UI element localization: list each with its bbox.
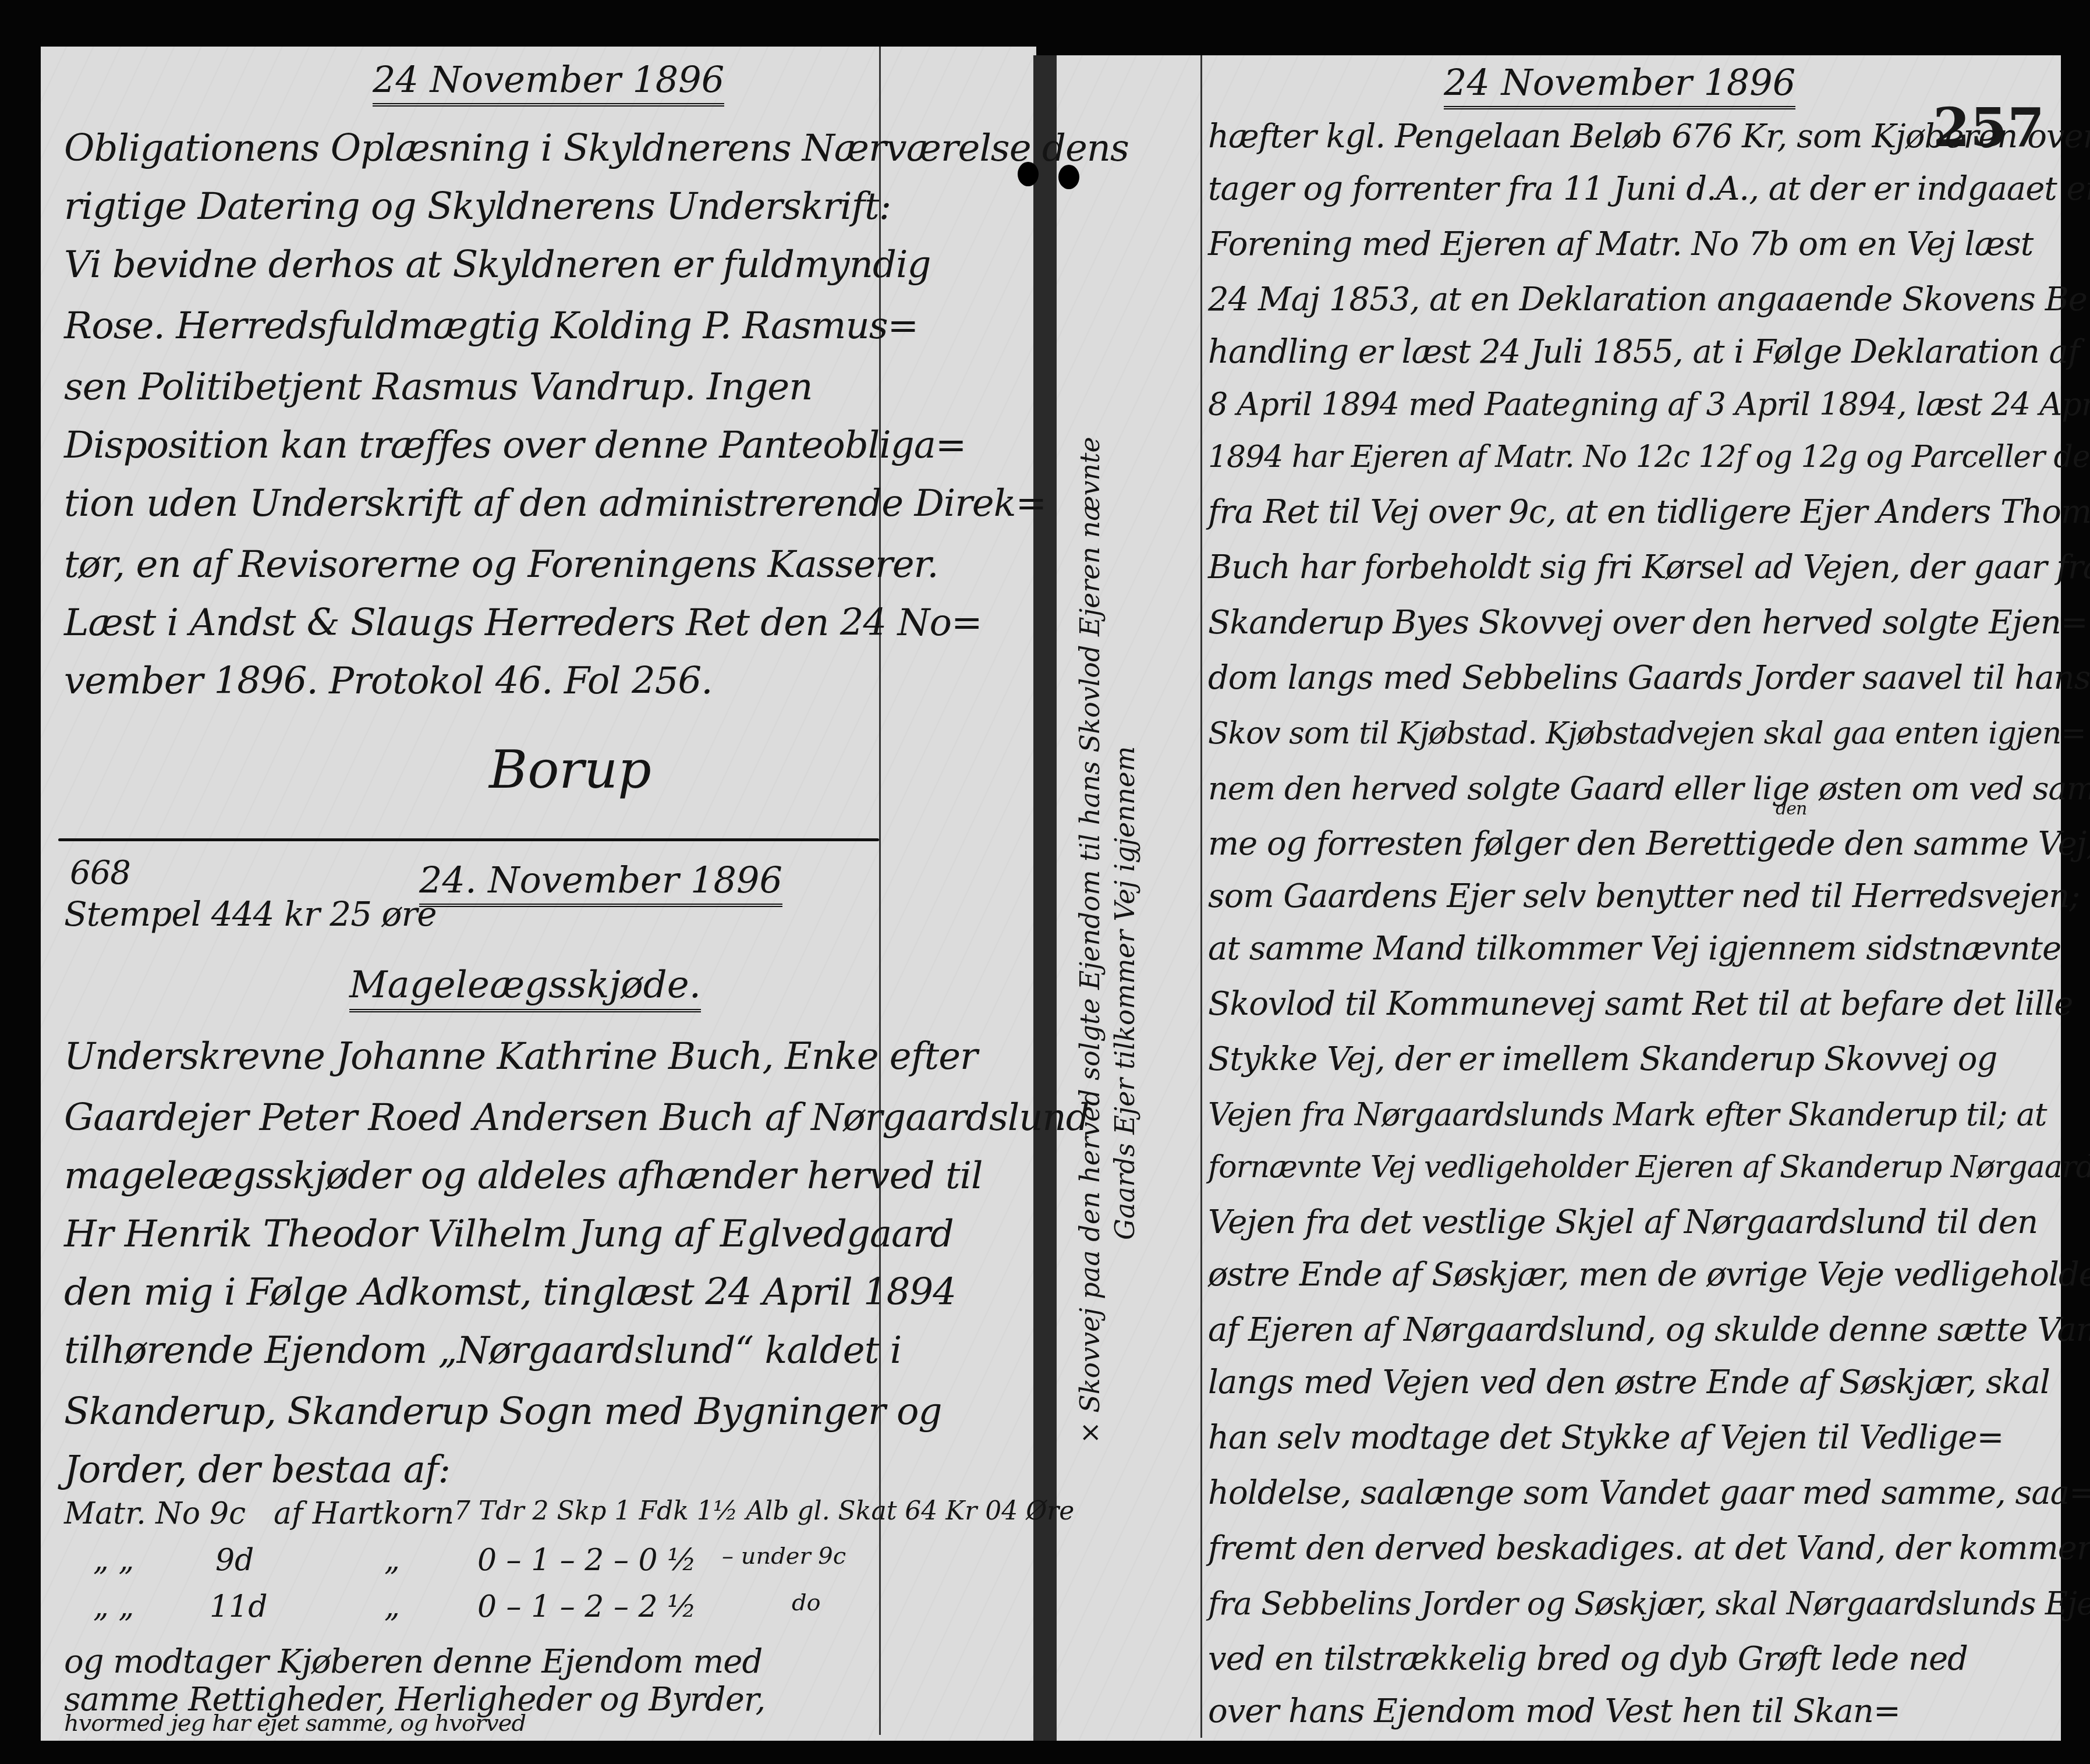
text-line: Skanderup, Skanderup Sogn med Bygninger … (64, 1388, 941, 1435)
text-line: fornævnte Vej vedligeholder Ejeren af Sk… (1208, 1144, 2090, 1191)
text-line: holdelse, saalænge som Vandet gaar med s… (1208, 1470, 2090, 1517)
margin-annotation-line: × Skovvej paa den herved solgte Ejendom … (1074, 437, 1106, 1444)
text-line: han selv modtage det Stykke af Vejen til… (1208, 1415, 2003, 1461)
text-line: Hr Henrik Theodor Vilhelm Jung af Eglved… (64, 1211, 954, 1258)
matr-number: 11d (210, 1589, 267, 1624)
text-line: østre Ende af Søskjær, men de øvrige Vej… (1208, 1252, 2090, 1298)
hartkorn-values: 0 – 1 – 2 – 0 ½ (477, 1543, 696, 1578)
text-line: Rose. Herredsfuldmægtig Kolding P. Rasmu… (64, 303, 918, 349)
text-line: tion uden Underskrift af den administrer… (64, 480, 1046, 527)
text-line: fra Sebbelins Jorder og Søskjær, skal Nø… (1208, 1581, 2090, 1627)
text-line: af Ejeren af Nørgaardslund, og skulde de… (1208, 1307, 2090, 1354)
text-line: Gaardejer Peter Roed Andersen Buch af Nø… (64, 1094, 1089, 1141)
text-line: Vejen fra det vestlige Skjel af Nørgaard… (1208, 1199, 2038, 1246)
interlinear-insert: den (1776, 800, 1806, 818)
text-line: hvormed jeg har ejet samme, og hvorved (64, 1712, 526, 1735)
right-margin-rule (1200, 55, 1202, 1738)
text-line: vember 1896. Protokol 46. Fol 256. (64, 658, 713, 704)
text-line: tør, en af Revisorerne og Foreningens Ka… (64, 541, 938, 588)
hartkorn-values: 7 Tdr 2 Skp 1 Fdk 1½ Alb gl. Skat 64 Kr … (454, 1496, 1074, 1526)
text-line: Forening med Ejeren af Matr. No 7b om en… (1208, 221, 2033, 268)
text-line: 1894 har Ejeren af Matr. No 12c 12f og 1… (1208, 434, 2090, 480)
text-line: me og forresten følger den Berettigede d… (1208, 821, 2090, 867)
text-line: som Gaardens Ejer selv benytter ned til … (1208, 873, 2080, 920)
text-line: Jorder, der bestaa af: (64, 1447, 450, 1493)
text-line: mageleægsskjøder og aldeles afhænder her… (64, 1153, 983, 1199)
left-header-date: 24 November 1896 (373, 58, 724, 107)
matr-desc: „ (384, 1589, 400, 1624)
text-line: Skov som til Kjøbstad. Kjøbstadvejen ska… (1208, 710, 2086, 757)
matr-label: „ „ (93, 1543, 134, 1578)
text-line: Skanderup Byes Skovvej over den herved s… (1208, 600, 2088, 646)
deed-title: Mageleægsskjøde. (349, 964, 701, 1012)
book-spine (1033, 55, 1060, 1741)
registrar-signature: Borup (489, 739, 651, 800)
text-line: sen Politibetjent Rasmus Vandrup. Ingen (64, 364, 812, 410)
stamp-duty: Stempel 444 kr 25 øre (64, 891, 436, 937)
text-line: Skovlod til Kommunevej samt Ret til at b… (1208, 981, 2073, 1028)
matr-label: Matr. No (64, 1496, 200, 1531)
row-note: do (792, 1589, 821, 1616)
text-line: 24 Maj 1853, at en Deklaration angaaende… (1208, 277, 2090, 323)
text-line: Vi bevidne derhos at Skyldneren er fuldm… (64, 242, 930, 288)
text-line: Obligationens Oplæsning i Skyldnerens Næ… (64, 125, 1129, 172)
text-line: tilhørende Ejendom „Nørgaardslund“ kalde… (64, 1327, 901, 1374)
entry-number: 668 (70, 850, 130, 897)
matr-desc: af Hartkorn (274, 1496, 454, 1531)
text-line: Underskrevne Johanne Kathrine Buch, Enke… (64, 1033, 977, 1080)
matr-desc: „ (384, 1543, 400, 1578)
text-line: dom langs med Sebbelins Gaards Jorder sa… (1208, 655, 2090, 702)
text-line: over hans Ejendom mod Vest hen til Skan= (1208, 1688, 1900, 1735)
text-line: Læst i Andst & Slaugs Herreders Ret den … (64, 600, 982, 646)
text-line: handling er læst 24 Juli 1855, at i Følg… (1208, 329, 2080, 376)
text-line: Vejen fra Nørgaardslunds Mark efter Skan… (1208, 1092, 2047, 1138)
text-line: den mig i Følge Adkomst, tinglæst 24 Apr… (64, 1269, 956, 1316)
entry-date: 24. November 1896 (419, 859, 782, 907)
text-line: ved en tilstrækkelig bred og dyb Grøft l… (1208, 1636, 1968, 1682)
entry-separator-rule (58, 838, 879, 841)
row-note: – under 9c (722, 1543, 846, 1570)
left-margin-rule (879, 47, 881, 1735)
matr-number: 9d (215, 1543, 254, 1578)
right-header-date: 24 November 1896 (1444, 61, 1795, 109)
text-line: Buch har forbeholdt sig fri Kørsel ad Ve… (1208, 544, 2090, 591)
text-line: fra Ret til Vej over 9c, at en tidligere… (1208, 489, 2090, 536)
text-line: hæfter kgl. Pengelaan Beløb 676 Kr, som … (1208, 114, 2090, 160)
text-line: langs med Vejen ved den østre Ende af Sø… (1208, 1359, 2050, 1406)
hartkorn-values: 0 – 1 – 2 – 2 ½ (477, 1589, 696, 1624)
text-line: Disposition kan træffes over denne Pante… (64, 422, 966, 469)
text-line: tager og forrenter fra 11 Juni d.A., at … (1208, 166, 2090, 212)
text-line: Stykke Vej, der er imellem Skanderup Sko… (1208, 1036, 1997, 1083)
text-line: rigtige Datering og Skyldnerens Underskr… (64, 183, 891, 230)
margin-annotation-line: Gaards Ejer tilkommer Vej igjennem (1109, 746, 1140, 1240)
text-line: nem den herved solgte Gaard eller lige ø… (1208, 766, 2090, 812)
text-line: 8 April 1894 med Paategning af 3 April 1… (1208, 381, 2090, 428)
text-line: fremt den derved beskadiges. at det Vand… (1208, 1525, 2090, 1572)
text-line: at samme Mand tilkommer Vej igjennem sid… (1208, 926, 2061, 972)
matr-label: „ „ (93, 1589, 134, 1624)
matr-number: 9c (210, 1496, 246, 1531)
